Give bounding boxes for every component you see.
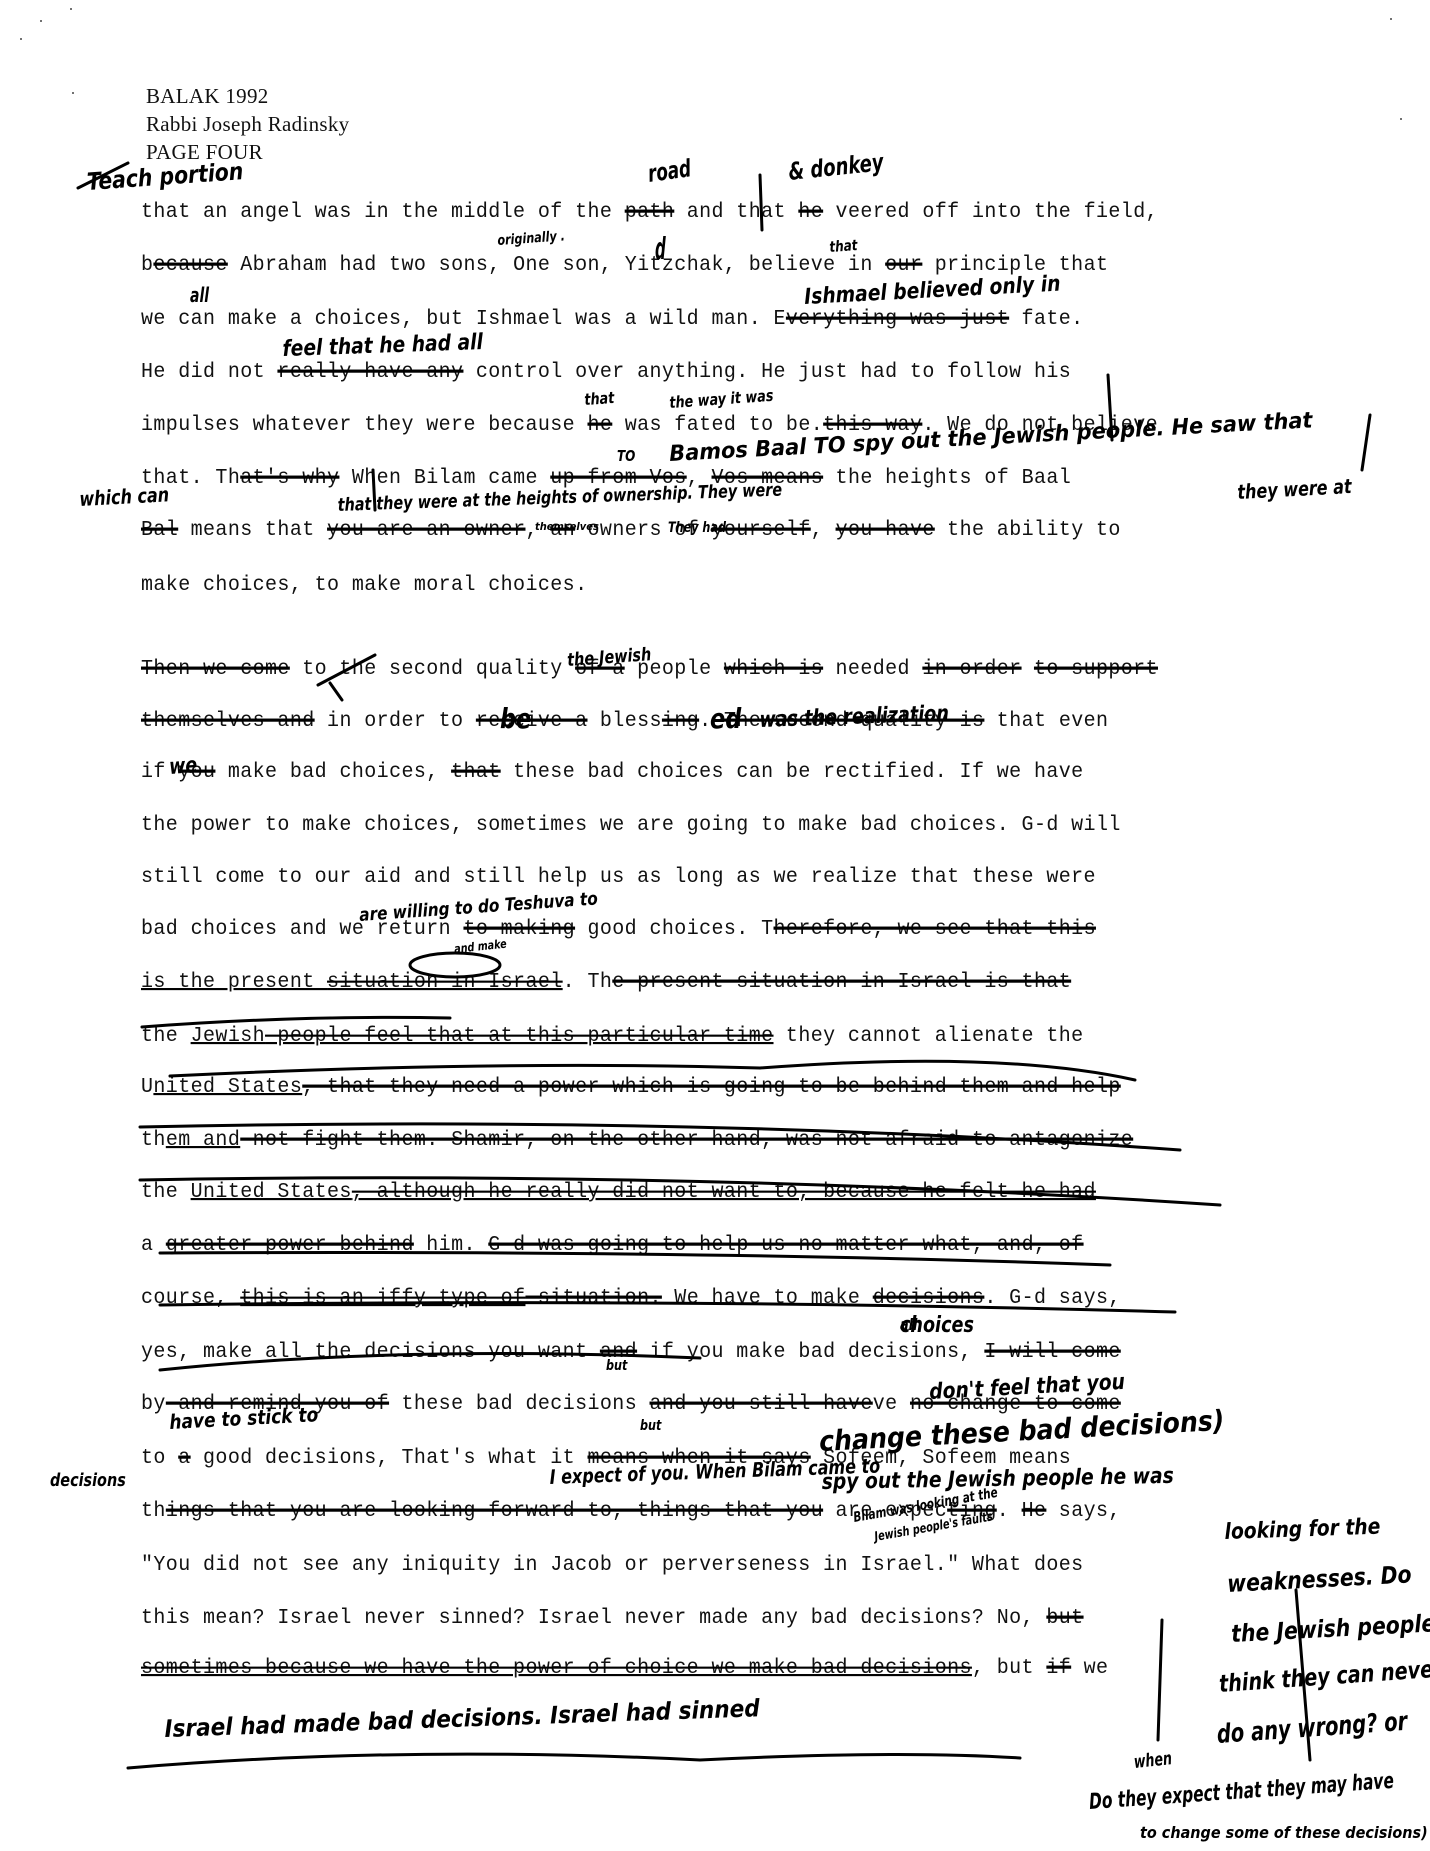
text-segment: U xyxy=(141,1075,153,1099)
struck-text: ecause xyxy=(153,253,227,277)
text-segment xyxy=(1022,657,1034,681)
text-segment: and that xyxy=(674,200,798,224)
scan-speck xyxy=(1400,118,1402,120)
text-segment: veered off into the field, xyxy=(823,200,1158,224)
handwritten-note: when xyxy=(1133,1748,1173,1773)
text-segment: control over anything. He just had to fo… xyxy=(463,360,1071,384)
text-segment: "You did not see any iniquity in Jacob o… xyxy=(141,1553,1084,1577)
text-segment: means that xyxy=(178,518,327,542)
text-segment: the xyxy=(141,1024,191,1048)
handwritten-note: but xyxy=(640,1418,661,1434)
text-segment: him. xyxy=(414,1233,488,1257)
text-segment: to the second quality xyxy=(290,657,575,681)
document-page: BALAK 1992 Rabbi Joseph Radinsky PAGE FO… xyxy=(0,0,1430,1851)
struck-text: and you still have xyxy=(650,1392,873,1416)
scan-speck xyxy=(72,92,74,94)
text-line: is the present situation in Israel. The … xyxy=(141,970,1071,994)
struck-text: greater power behind xyxy=(166,1233,414,1257)
text-line: this mean? Israel never sinned? Israel n… xyxy=(141,1606,1084,1630)
sermon-title: BALAK 1992 xyxy=(146,82,349,110)
struck-text: ing xyxy=(662,709,699,733)
struck-text: in order xyxy=(922,657,1021,681)
struck-text: decisions xyxy=(873,1286,985,1310)
text-line: if you make bad choices, that these bad … xyxy=(141,760,1084,784)
struck-text: herefore, we see that this xyxy=(774,917,1096,941)
text-segment: impulses whatever they were because xyxy=(141,413,587,437)
handwritten-note: we xyxy=(168,753,198,780)
handwritten-note: to change some of these decisions) xyxy=(1140,1823,1428,1842)
handwritten-note: that xyxy=(584,388,615,409)
text-segment: . G-d says, xyxy=(984,1286,1120,1310)
handwritten-note: themselves xyxy=(535,520,599,533)
struck-text: path xyxy=(625,200,675,224)
text-segment: Abraham had two sons, One son, Yitzchak,… xyxy=(228,253,885,277)
struck-text: that xyxy=(451,760,501,784)
text-line: the United States, although he really di… xyxy=(141,1180,1096,1204)
struck-text: e present situation in Israel is that xyxy=(612,970,1071,994)
handwritten-note: choices xyxy=(900,1313,974,1338)
author-name: Rabbi Joseph Radinsky xyxy=(146,110,349,138)
struck-text: our xyxy=(885,253,922,277)
struck-text: to making xyxy=(463,917,575,941)
text-line: the Jewish people feel that at this part… xyxy=(141,1024,1084,1048)
handwritten-note: Israel had made bad decisions. Israel ha… xyxy=(164,1694,760,1743)
handwritten-note: which can xyxy=(79,482,170,511)
handwritten-note: but xyxy=(606,1358,627,1374)
text-line: yes, make all the decisions you want and… xyxy=(141,1340,1121,1364)
struck-text: not fight them. Shamir, on the other han… xyxy=(240,1128,1133,1152)
handwritten-note: the Jewish people xyxy=(1231,1609,1430,1648)
text-segment: to xyxy=(141,1446,178,1470)
text-segment: needed xyxy=(823,657,922,681)
marked-text: , although he really did not want to, be… xyxy=(352,1180,1096,1204)
text-line: make choices, to make moral choices. xyxy=(141,573,587,597)
text-segment: still come to our aid and still help us … xyxy=(141,865,1096,889)
marked-text: is the present xyxy=(141,970,327,994)
text-line: United States, that they need a power wh… xyxy=(141,1075,1121,1099)
handwritten-note: do any wrong? or xyxy=(1216,1707,1408,1750)
handwritten-note: all xyxy=(190,283,209,307)
text-segment: , but xyxy=(972,1656,1046,1680)
struck-text: He xyxy=(1022,1499,1047,1523)
marked-text: this is an iffy type of xyxy=(240,1286,525,1310)
handwritten-note: & donkey xyxy=(787,148,885,186)
struck-text: he xyxy=(798,200,823,224)
struck-text: receive a xyxy=(476,709,588,733)
text-segment: good choices. T xyxy=(575,917,773,941)
marked-text: United States xyxy=(191,1180,352,1204)
struck-text: themselves and xyxy=(141,709,315,733)
text-line: the power to make choices, sometimes we … xyxy=(141,813,1121,837)
marked-text: situation in Israel xyxy=(327,970,563,994)
text-segment: the xyxy=(141,1180,191,1204)
text-segment: this mean? Israel never sinned? Israel n… xyxy=(141,1606,1046,1630)
handwritten-note: weaknesses. Do xyxy=(1227,1560,1413,1598)
handwritten-note: looking for the xyxy=(1224,1515,1381,1545)
text-segment: He did not xyxy=(141,360,277,384)
handwritten-note: road xyxy=(646,154,693,188)
text-segment: b xyxy=(141,253,153,277)
text-segment: we xyxy=(1071,1656,1108,1680)
struck-text: , that they need a power which is going … xyxy=(302,1075,1121,1099)
marked-text: people feel that at this particular time xyxy=(265,1024,773,1048)
scan-speck xyxy=(20,38,22,40)
handwritten-note: the way it was xyxy=(669,386,774,412)
struck-text: to support xyxy=(1034,657,1158,681)
struck-text: I will come xyxy=(984,1340,1120,1364)
struck-text: you are an owner xyxy=(327,518,525,542)
text-line: them and not fight them. Shamir, on the … xyxy=(141,1128,1133,1152)
text-segment: th xyxy=(141,1499,166,1523)
text-segment: the power to make choices, sometimes we … xyxy=(141,813,1121,837)
text-line: that an angel was in the middle of the p… xyxy=(141,200,1158,224)
text-line: He did not really have any control over … xyxy=(141,360,1071,384)
text-segment: fate. xyxy=(1009,307,1083,331)
marked-text: Jewish xyxy=(191,1024,265,1048)
handwritten-note: that xyxy=(829,236,858,256)
text-segment: by xyxy=(141,1392,166,1416)
scan-speck xyxy=(40,20,42,22)
text-segment: we can make a choices, but Ishmael was a… xyxy=(141,307,786,331)
struck-text: Then we come xyxy=(141,657,290,681)
text-segment: that even xyxy=(984,709,1108,733)
handwritten-note: they were at xyxy=(1237,474,1352,504)
text-segment: good decisions, That's what it xyxy=(191,1446,588,1470)
text-segment: make choices, to make moral choices. xyxy=(141,573,587,597)
handwritten-note: Do they expect that they may have xyxy=(1088,1769,1394,1815)
text-segment: a xyxy=(141,1233,166,1257)
scan-speck xyxy=(1390,18,1392,20)
struck-text: which is xyxy=(724,657,823,681)
text-segment: the heights of Baal xyxy=(823,466,1071,490)
marked-text: sometimes because we have the power of c… xyxy=(141,1656,972,1680)
text-segment: . xyxy=(997,1499,1022,1523)
struck-text: if xyxy=(1046,1656,1071,1680)
text-segment: . Th xyxy=(563,970,613,994)
struck-text: but xyxy=(1046,1606,1083,1630)
struck-text: he xyxy=(587,413,612,437)
handwritten-note: originally . xyxy=(497,228,566,249)
text-line: because Abraham had two sons, One son, Y… xyxy=(141,253,1108,277)
text-segment: in order to xyxy=(315,709,476,733)
handwritten-note: feel that he had all xyxy=(282,330,483,362)
text-segment: make bad choices, xyxy=(215,760,451,784)
text-line: Bal means that you are an owner, an owne… xyxy=(141,518,1121,542)
text-segment: We have to make xyxy=(662,1286,873,1310)
handwritten-note: They had xyxy=(668,520,726,536)
text-segment: they cannot alienate the xyxy=(774,1024,1084,1048)
struck-text: you have xyxy=(836,518,935,542)
text-segment: yes, make all the decisions you want xyxy=(141,1340,600,1364)
struck-text: situation. xyxy=(525,1286,661,1310)
text-segment: these bad choices can be rectified. If w… xyxy=(501,760,1084,784)
text-segment: the ability to xyxy=(935,518,1121,542)
text-line: we can make a choices, but Ishmael was a… xyxy=(141,307,1084,331)
struck-text: at's why xyxy=(240,466,339,490)
handwritten-note: TO xyxy=(617,447,635,465)
marked-text: nited States xyxy=(153,1075,302,1099)
text-segment: bless xyxy=(588,709,662,733)
text-segment: ve xyxy=(873,1392,910,1416)
text-line: sometimes because we have the power of c… xyxy=(141,1656,1108,1680)
handwritten-note: spy out the Jewish people he was xyxy=(822,1464,1174,1495)
handwritten-note: d xyxy=(655,232,666,267)
struck-text: Bal xyxy=(141,518,178,542)
struck-text: verything was just xyxy=(786,307,1009,331)
text-segment: , xyxy=(811,518,836,542)
handwritten-note: ed xyxy=(710,702,741,735)
text-segment: When Bilam came xyxy=(339,466,550,490)
struck-text: G-d was going to help us no matter what,… xyxy=(488,1233,1083,1257)
handwritten-note: think they can never xyxy=(1218,1654,1430,1698)
handwritten-note: be xyxy=(500,702,531,735)
document-header: BALAK 1992 Rabbi Joseph Radinsky PAGE FO… xyxy=(146,82,349,166)
handwritten-note: decisions xyxy=(50,1470,126,1491)
text-line: course, this is an iffy type of situatio… xyxy=(141,1286,1121,1310)
marked-text: em and xyxy=(166,1128,240,1152)
struck-text: yourself xyxy=(712,518,811,542)
struck-text: ings that you are looking forward to, th… xyxy=(166,1499,823,1523)
text-segment: says, xyxy=(1046,1499,1120,1523)
struck-text: really have any xyxy=(277,360,463,384)
handwritten-note: Teach portion xyxy=(86,157,244,196)
text-line: a greater power behind him. G-d was goin… xyxy=(141,1233,1084,1257)
text-segment: if you make bad decisions, xyxy=(637,1340,984,1364)
text-line: "You did not see any iniquity in Jacob o… xyxy=(141,1553,1084,1577)
text-line: still come to our aid and still help us … xyxy=(141,865,1096,889)
text-segment: was fated to be. xyxy=(612,413,823,437)
text-line: themselves and in order to receive a ble… xyxy=(141,709,1108,733)
scan-speck xyxy=(70,8,72,10)
text-segment: course, xyxy=(141,1286,240,1310)
text-segment: that an angel was in the middle of the xyxy=(141,200,625,224)
text-line: bad choices and we return to making good… xyxy=(141,917,1096,941)
text-segment: th xyxy=(141,1128,166,1152)
struck-text: a xyxy=(178,1446,190,1470)
text-segment: these bad decisions xyxy=(389,1392,649,1416)
